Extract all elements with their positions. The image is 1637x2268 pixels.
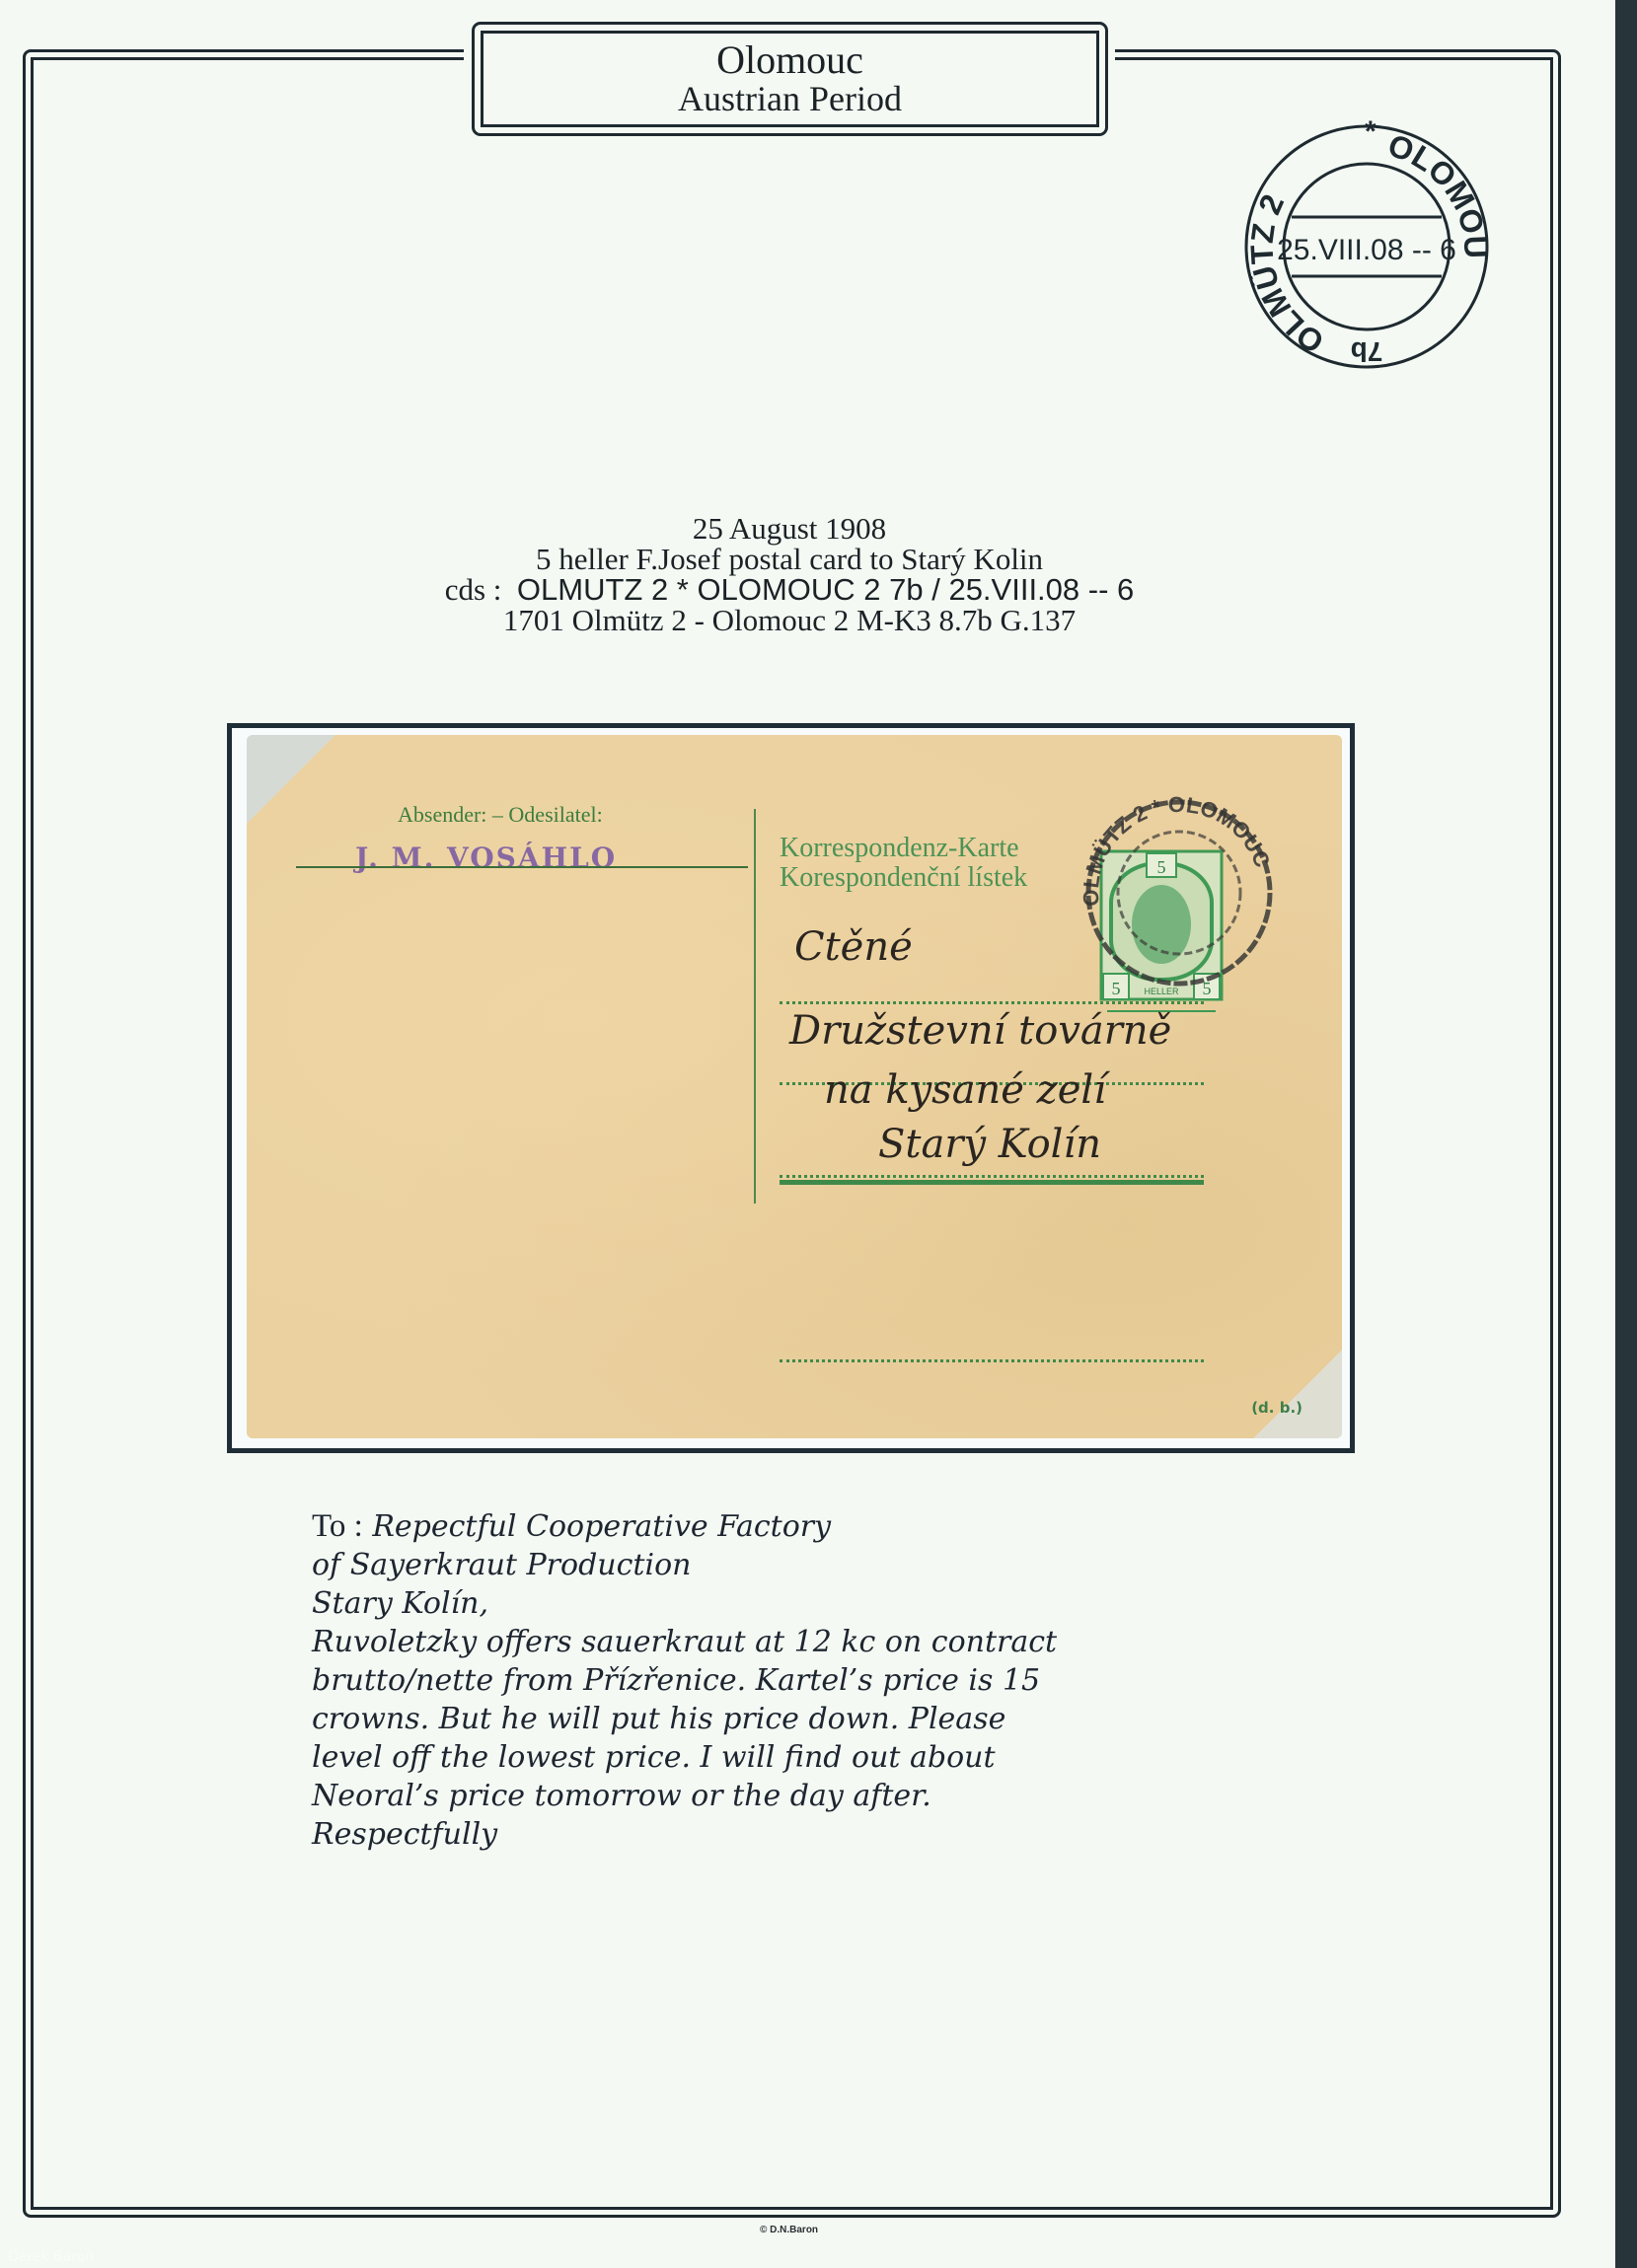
card-title-cz: Korespondenční lístek [780, 863, 1027, 893]
card-title-de: Korrespondenz-Karte [780, 834, 1027, 863]
postmark-date: 25.VIII.08 -- 6 [1277, 234, 1456, 266]
postmark-illustration: 25.VIII.08 -- 6 OLMÜTZ 2 * OLOMOUC 2 7b [1228, 104, 1505, 380]
description-block: 25 August 1908 5 heller F.Josef postal c… [237, 513, 1342, 635]
address-line-3: na kysané zelí [824, 1070, 1106, 1110]
sender-label: Absender: – Odesilatel: [398, 802, 603, 828]
card-title: Korrespondenz-Karte Korespondenční líste… [780, 834, 1027, 893]
cancellation-postmark: OLMÜTZ 2 * OLOMOUC [1080, 794, 1278, 991]
card-imprint: (d. b.) [1251, 1399, 1302, 1417]
title-box-inner: Olomouc Austrian Period [481, 31, 1099, 127]
translation-line-4: Ruvoletzky offers sauerkraut at 12 kc on… [312, 1623, 1259, 1661]
postmark-star: * [1365, 115, 1377, 148]
translation-line-1: To : Repectful Cooperative Factory [312, 1507, 1259, 1546]
postal-card: Absender: – Odesilatel: J. M. VOSÁHLO Ko… [247, 735, 1342, 1438]
translation-line-8: Neoral’s price tomorrow or the day after… [312, 1777, 1259, 1815]
svg-text:OLMÜTZ 2 * OLOMOUC: OLMÜTZ 2 * OLOMOUC [1080, 794, 1276, 930]
corner-mount-top-left [247, 735, 335, 824]
translation-line-2: of Sayerkraut Production [312, 1546, 1259, 1584]
watermark: Derek Baron [8, 2249, 94, 2265]
address-line-2: Družstevní továrně [789, 1011, 1171, 1051]
translation-recipient: Repectful Cooperative Factory [372, 1509, 831, 1544]
translation-block: To : Repectful Cooperative Factory of Sa… [312, 1507, 1259, 1854]
to-label: To : [312, 1508, 363, 1544]
translation-line-6: crowns. But he will put his price down. … [312, 1700, 1259, 1738]
page-title: Olomouc [716, 40, 863, 80]
address-bar [780, 1180, 1204, 1185]
address-rule-4 [780, 1359, 1204, 1362]
description-date: 25 August 1908 [237, 513, 1342, 544]
cds-label: cds : [445, 572, 502, 607]
cancel-text: OLMÜTZ 2 * OLOMOUC [1080, 794, 1276, 930]
translation-line-9: Respectfully [312, 1815, 1259, 1854]
address-line-4: Starý Kolín [878, 1125, 1101, 1164]
address-rule-1 [780, 1001, 1204, 1004]
sender-line [296, 866, 748, 868]
address-line-1: Ctěné [794, 927, 913, 967]
postmark-code: 7b [1351, 336, 1383, 367]
description-cds: cds : OLMUTZ 2 * OLOMOUC 2 7b / 25.VIII.… [237, 574, 1342, 605]
scan-edge [1615, 0, 1637, 2268]
translation-line-3: Stary Kolín, [312, 1584, 1259, 1623]
card-divider [754, 809, 756, 1204]
cds-value: OLMUTZ 2 * OLOMOUC 2 7b / 25.VIII.08 -- … [517, 572, 1134, 607]
description-item: 5 heller F.Josef postal card to Starý Ko… [237, 544, 1342, 574]
description-catalog: 1701 Olmütz 2 - Olomouc 2 M-K3 8.7b G.13… [237, 605, 1342, 635]
sender-stamp: J. M. VOSÁHLO [355, 841, 617, 874]
copyright: © D.N.Baron [760, 2225, 818, 2235]
corner-mount-bottom-right [1253, 1350, 1342, 1438]
page-subtitle: Austrian Period [678, 80, 902, 117]
translation-line-7: level off the lowest price. I will find … [312, 1738, 1259, 1777]
address-rule-3 [780, 1175, 1204, 1178]
translation-line-5: brutto/nette from Přízřenice. Kartel’s p… [312, 1661, 1259, 1700]
